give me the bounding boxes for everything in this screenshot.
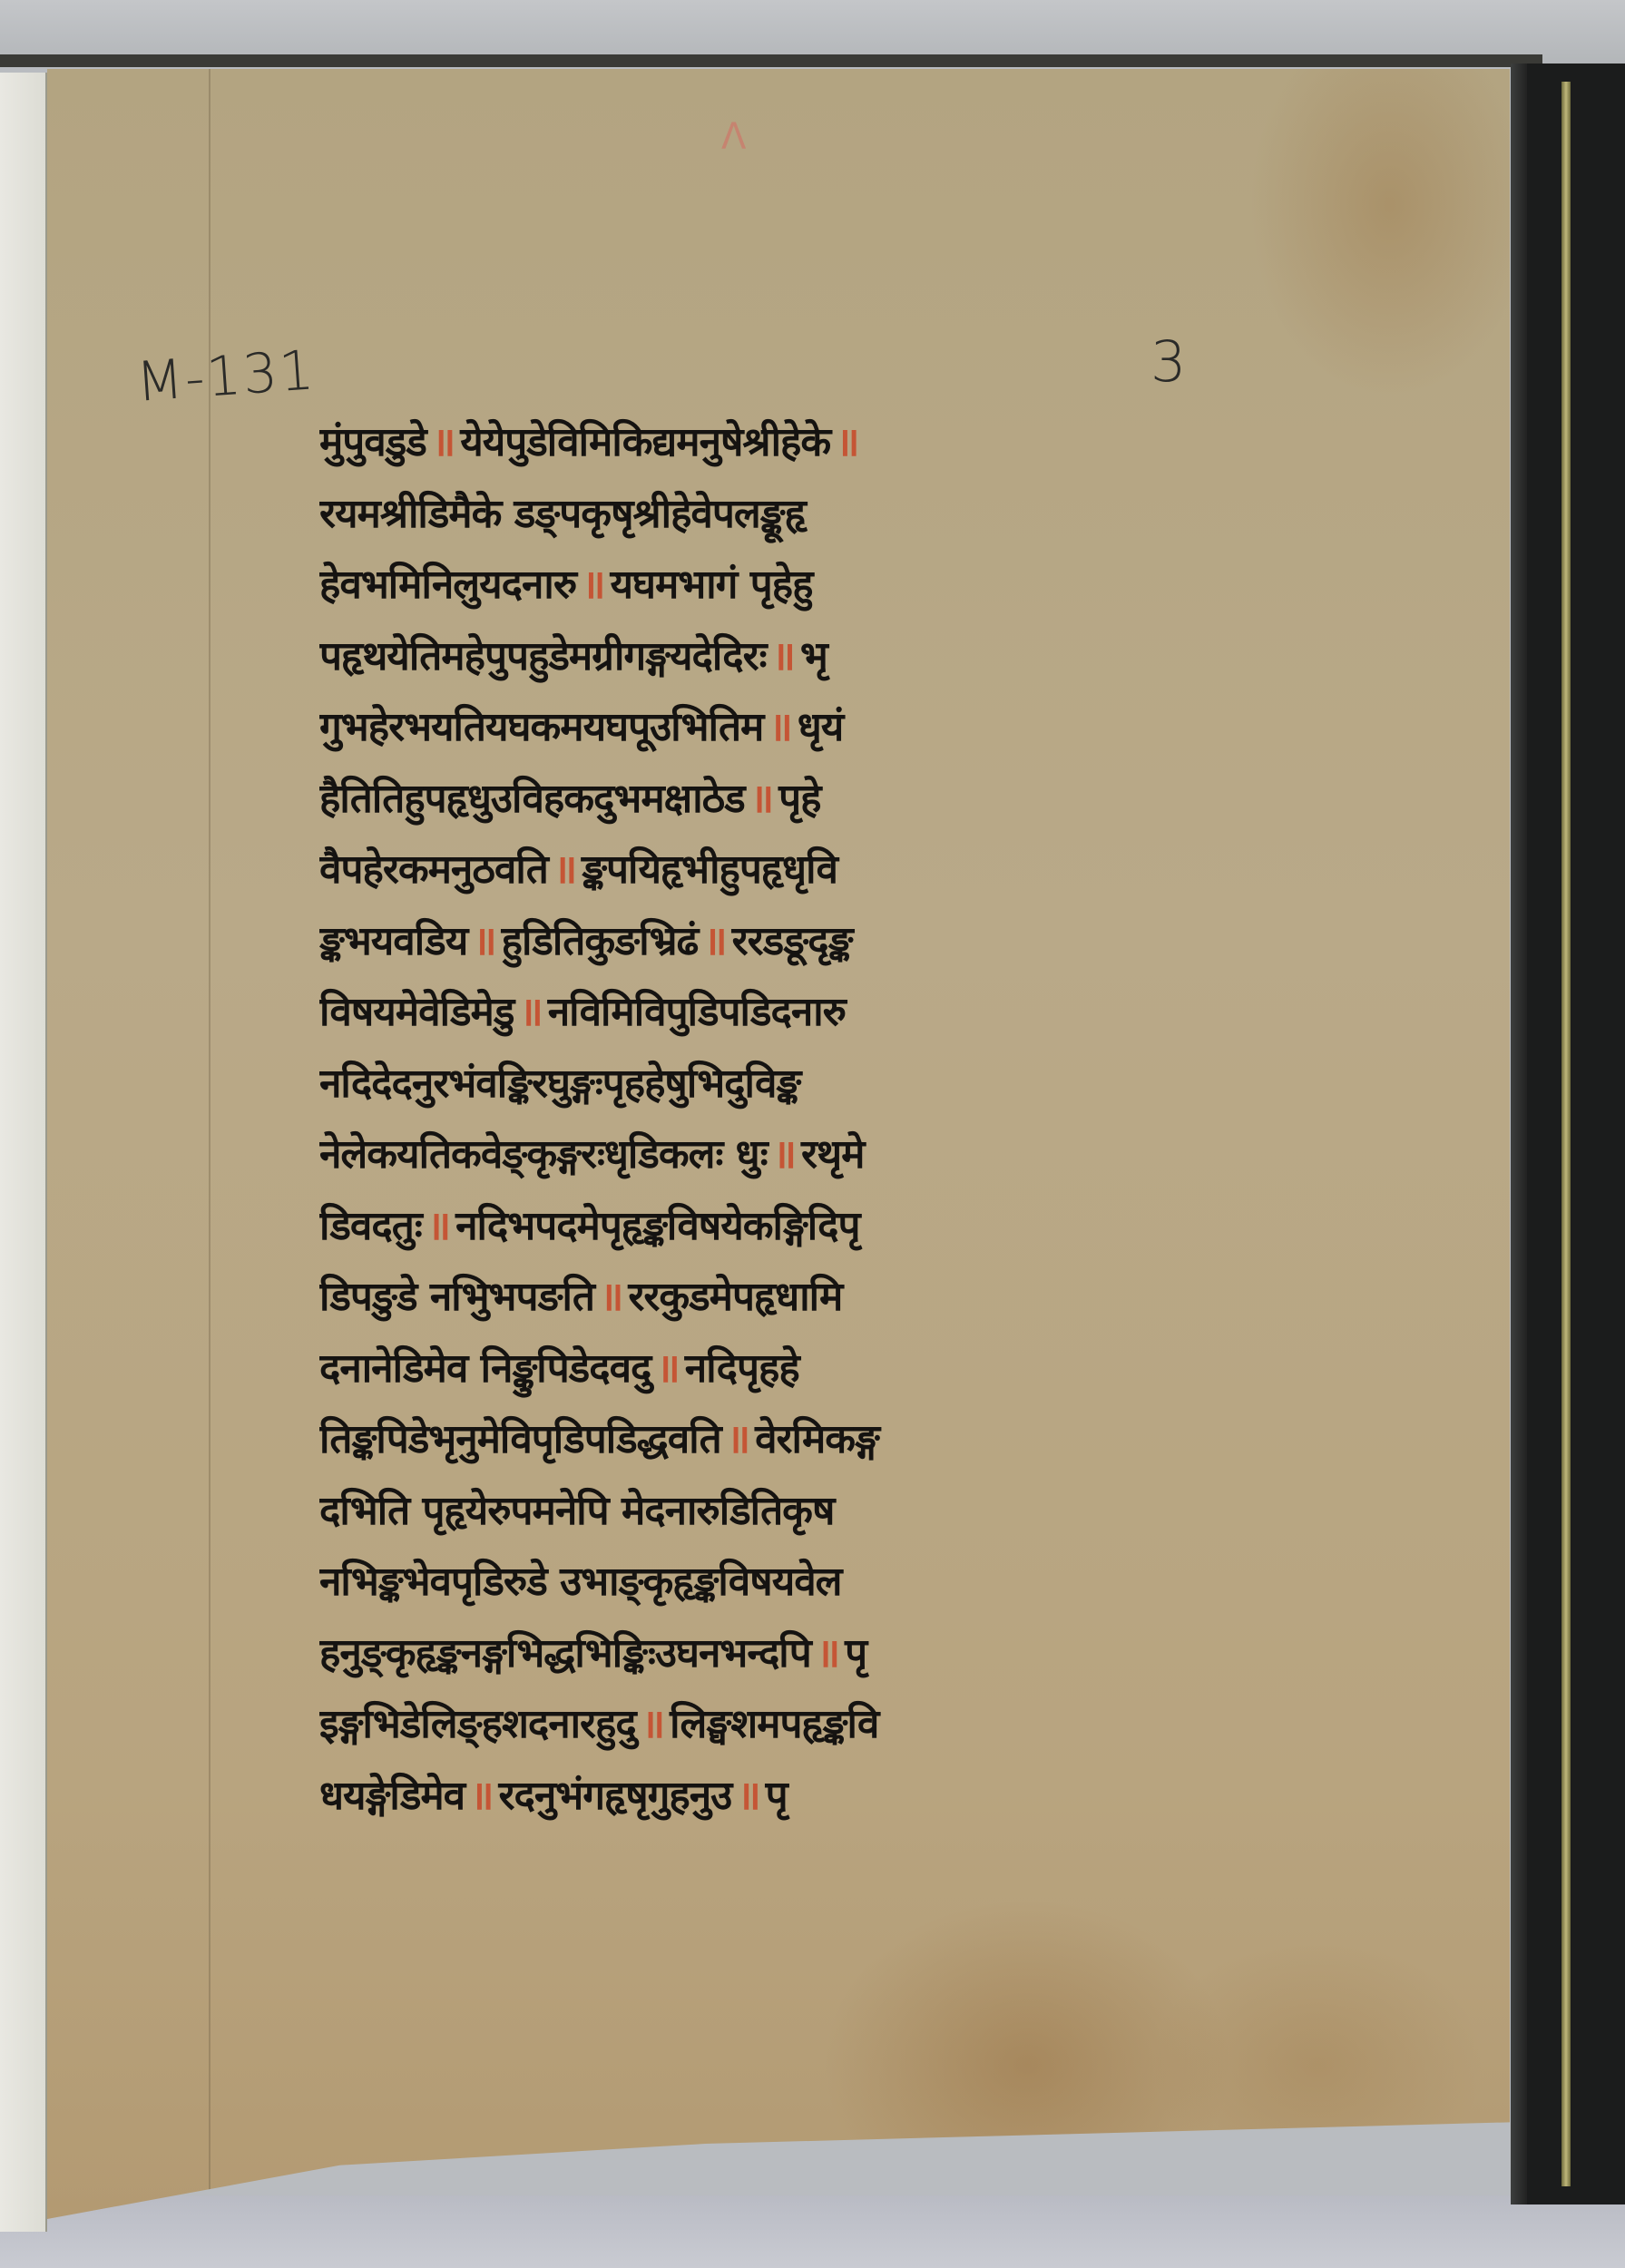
danda-red: ॥ xyxy=(470,1773,493,1819)
text-line: डिपङुडे नभुिभपङति॥ररकुडमेपहृधामि xyxy=(319,1265,1154,1336)
scanner-background-bottom xyxy=(0,2195,1625,2268)
text-line: हेवभमिनिलुयदनारु॥यघमभागं पृहेहु xyxy=(319,552,1154,624)
danda-red: ॥ xyxy=(553,846,576,893)
text-line: पहृथयेतिमहेपुपहुडेमग्रीगङ्गयदेदिरः॥भृ xyxy=(319,624,1154,696)
danda-red: ॥ xyxy=(703,918,726,964)
text-line: गुभहेरभयतियघकमयघपूउभितिम॥धृयं xyxy=(319,695,1154,767)
danda-red: ॥ xyxy=(427,1203,450,1249)
text-line: धयङ्गेडिमेव॥रदनुभंगहृषृगुहनुउ॥पृ xyxy=(319,1764,1154,1835)
text-line: रयमश्रीडिमैके डङ्पकृषृश्रीहेवेपलङ्कूहृ xyxy=(319,482,1154,553)
gold-rule xyxy=(1561,82,1571,2186)
danda-red: ॥ xyxy=(773,1131,796,1178)
facing-page-edge xyxy=(0,73,47,2232)
text-line: इङ्गभिडेलिङ्हशदनारहुदु॥लिङ्घशमपहृङ्कवि xyxy=(319,1692,1154,1764)
danda-red: ॥ xyxy=(600,1274,622,1320)
danda-red: ॥ xyxy=(727,1416,749,1462)
text-line: हैतितिहुपहृधुउविहकदुभमक्षाठेड॥पृहे xyxy=(319,767,1154,838)
shelfmark-label: M-131 xyxy=(134,338,318,415)
text-line: वैपहेरकमनुठवति॥ङ्कपयिहृभीहुपहृधृवि xyxy=(319,837,1154,909)
text-line: डिवदतुः॥नदिभपदमेपृहृङ्कविषयेकङ्गिदिपृ xyxy=(319,1194,1154,1266)
danda-red: ॥ xyxy=(641,1701,664,1747)
text-line: विषयमेवेडिमेडु॥नविमिविपुडिपडिदनारु xyxy=(319,980,1154,1051)
danda-red: ॥ xyxy=(656,1345,679,1392)
danda-red: ॥ xyxy=(432,419,455,465)
danda-red: ॥ xyxy=(768,704,791,750)
danda-red: ॥ xyxy=(836,419,858,465)
manuscript-text-block: मुंपुवडुडे॥येयेपुडेविमिकिद्यमनुषेश्रीहेक… xyxy=(319,410,1154,1834)
text-line: नभिङ्कभेवपृडिरुडे उभाङ्कृहृङ्कविषयवेल xyxy=(319,1549,1154,1621)
danda-red: ॥ xyxy=(772,633,795,679)
danda-red: ॥ xyxy=(750,776,773,822)
text-line: नेलेकयतिकवेङ्कृङ्गरःधृडिकलः धुः॥रथृमे xyxy=(319,1122,1154,1194)
book-top-edge xyxy=(0,54,1542,67)
text-line: हनुङ्कृहृङ्कनङ्गभिद्धभिङ्किःउघनभन्दपि॥पृ xyxy=(319,1621,1154,1693)
page-stack-edge xyxy=(1511,64,1527,2204)
danda-red: ॥ xyxy=(737,1773,759,1819)
danda-red: ॥ xyxy=(473,918,495,964)
text-line: नदिदेदनुरभंवङ्किरघुङ्गःपृहहेषुभिदुविङ्क xyxy=(319,1051,1154,1123)
folio-number: 3 xyxy=(1150,328,1186,395)
text-line: दभिति पृहृयेरुपमनेपि मेदनारुडितिकृष xyxy=(319,1479,1154,1550)
text-line: ङ्कभयवडिय॥हुडितिकुङभ्रिढं॥ररडङूदृङ्क xyxy=(319,909,1154,981)
danda-red: ॥ xyxy=(519,989,542,1035)
text-line: दनानेडिमेव निङ्कुपिडेदवदु॥नदिपृहहे xyxy=(319,1336,1154,1408)
text-line: तिङ्कपिडेभृनुमेविपृडिपडिद्धवति॥वेरमिकङ्ग xyxy=(319,1407,1154,1479)
text-line: मुंपुवडुडे॥येयेपुडेविमिकिद्यमनुषेश्रीहेक… xyxy=(319,410,1154,482)
red-ink-mark: ᐱ xyxy=(721,116,746,158)
danda-red: ॥ xyxy=(582,562,604,608)
danda-red: ॥ xyxy=(817,1630,839,1677)
book-binding xyxy=(1511,64,1625,2204)
